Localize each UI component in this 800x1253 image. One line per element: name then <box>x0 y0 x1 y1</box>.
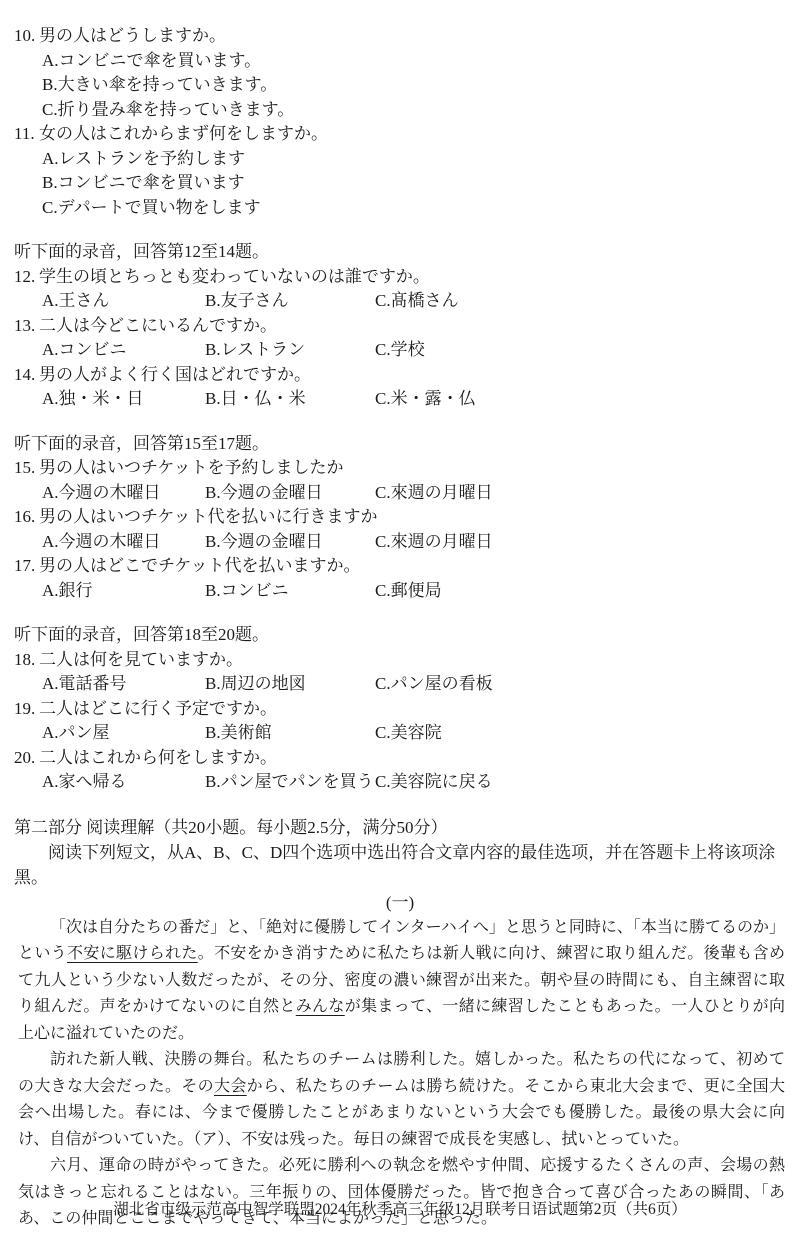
question-17: 17.男の人はどこでチケット代を払いますか。 A.銀行 B.コンビニ C.郵便局 <box>0 554 800 603</box>
passage-label: (一) <box>0 890 800 915</box>
option-a: A.電話番号 <box>42 672 205 697</box>
question-number: 11. <box>14 122 39 147</box>
option-b: B.日・仏・米 <box>205 387 375 412</box>
question-stem: 15.男の人はいつチケットを予約しましたか <box>0 456 800 481</box>
question-text: 男の人はどこでチケット代を払いますか。 <box>39 556 360 575</box>
option-c: C.折り畳み傘を持っていきます。 <box>0 98 800 123</box>
option-a: A.今週の木曜日 <box>42 481 205 506</box>
question-stem: 12.学生の頃とちっとも変わっていないのは誰ですか。 <box>0 265 800 290</box>
option-a: A.コンビニで傘を買います。 <box>0 49 800 74</box>
option-c: C.郵便局 <box>375 579 800 604</box>
question-15: 15.男の人はいつチケットを予約しましたか A.今週の木曜日 B.今週の金曜日 … <box>0 456 800 505</box>
question-stem: 20.二人はこれから何をしますか。 <box>0 746 800 771</box>
question-stem: 16.男の人はいつチケット代を払いに行きますか <box>0 505 800 530</box>
option-a: A.パン屋 <box>42 721 205 746</box>
option-c: C.來週の月曜日 <box>375 481 800 506</box>
reading-passage: 「次は自分たちの番だ」と、「絶対に優勝してインターハイへ」と思うと同時に、「本当… <box>18 915 785 1233</box>
option-a: A.コンビニ <box>42 338 205 363</box>
option-a: A.レストランを予約します <box>0 147 800 172</box>
question-19: 19.二人はどこに行く予定ですか。 A.パン屋 B.美術館 C.美容院 <box>0 697 800 746</box>
option-b: B.美術館 <box>205 721 375 746</box>
option-a: A.王さん <box>42 289 205 314</box>
question-text: 男の人がよく行く国はどれですか。 <box>39 365 311 384</box>
question-text: 二人は今どこにいるんですか。 <box>39 316 277 335</box>
option-c: C.学校 <box>375 338 800 363</box>
option-c: C.美容院に戻る <box>375 770 800 795</box>
question-stem: 13.二人は今どこにいるんですか。 <box>0 314 800 339</box>
question-16: 16.男の人はいつチケット代を払いに行きますか A.今週の木曜日 B.今週の金曜… <box>0 505 800 554</box>
question-stem: 14.男の人がよく行く国はどれですか。 <box>0 363 800 388</box>
option-c: C.パン屋の看板 <box>375 672 800 697</box>
option-b: B.コンビニで傘を買います <box>0 171 800 196</box>
options-row: A.パン屋 B.美術館 C.美容院 <box>0 721 800 746</box>
question-number: 10. <box>14 24 39 49</box>
option-b: B.コンビニ <box>205 579 375 604</box>
question-number: 20. <box>14 746 39 771</box>
part2-title: 第二部分 阅读理解（共20小题。每小题2.5分，满分50分） <box>0 815 800 840</box>
question-number: 13. <box>14 314 39 339</box>
question-text: 女の人はこれからまず何をしますか。 <box>39 124 328 143</box>
option-c: C.米・露・仏 <box>375 387 800 412</box>
underlined-phrase-3: 大会 <box>214 1078 247 1095</box>
section-header-18-20: 听下面的录音，回答第18至20题。 <box>0 623 800 648</box>
option-c: C.來週の月曜日 <box>375 530 800 555</box>
passage-paragraph-1: 「次は自分たちの番だ」と、「絶対に優勝してインターハイへ」と思うと同時に、「本当… <box>18 915 785 1048</box>
question-number: 12. <box>14 265 39 290</box>
question-10: 10.男の人はどうしますか。 A.コンビニで傘を買います。 B.大きい傘を持って… <box>0 24 800 122</box>
question-text: 男の人はいつチケット代を払いに行きますか <box>39 507 377 526</box>
options-row: A.電話番号 B.周辺の地図 C.パン屋の看板 <box>0 672 800 697</box>
underlined-phrase-1: 不安に駆けられた <box>67 945 198 962</box>
section-header-15-17: 听下面的录音，回答第15至17题。 <box>0 432 800 457</box>
question-text: 二人はこれから何をしますか。 <box>39 748 277 767</box>
question-number: 18. <box>14 648 39 673</box>
option-b: B.今週の金曜日 <box>205 530 375 555</box>
question-stem: 17.男の人はどこでチケット代を払いますか。 <box>0 554 800 579</box>
option-a: A.独・米・日 <box>42 387 205 412</box>
option-b: B.友子さん <box>205 289 375 314</box>
option-b: B.レストラン <box>205 338 375 363</box>
options-row: A.今週の木曜日 B.今週の金曜日 C.來週の月曜日 <box>0 530 800 555</box>
question-number: 16. <box>14 505 39 530</box>
listening-section: 10.男の人はどうしますか。 A.コンビニで傘を買います。 B.大きい傘を持って… <box>0 24 800 795</box>
underlined-phrase-2: みんな <box>296 998 345 1015</box>
options-row: A.コンビニ B.レストラン C.学校 <box>0 338 800 363</box>
question-number: 19. <box>14 697 39 722</box>
option-c: C.美容院 <box>375 721 800 746</box>
options-stack: A.レストランを予約します B.コンビニで傘を買います C.デパートで買い物をし… <box>0 147 800 221</box>
question-18: 18.二人は何を見ていますか。 A.電話番号 B.周辺の地図 C.パン屋の看板 <box>0 648 800 697</box>
page-footer: 湖北省市级示范高中智学联盟2024年秋季高三年级12月联考日语试题第2页（共6页… <box>0 1197 800 1219</box>
reading-section: 第二部分 阅读理解（共20小题。每小题2.5分，满分50分） 阅读下列短文，从A… <box>0 815 800 1233</box>
exam-page: 10.男の人はどうしますか。 A.コンビニで傘を買います。 B.大きい傘を持って… <box>0 0 800 1253</box>
question-stem: 18.二人は何を見ていますか。 <box>0 648 800 673</box>
option-c: C.髙橋さん <box>375 289 800 314</box>
options-row: A.家へ帰る B.パン屋でパンを買う C.美容院に戻る <box>0 770 800 795</box>
options-row: A.王さん B.友子さん C.髙橋さん <box>0 289 800 314</box>
options-row: A.銀行 B.コンビニ C.郵便局 <box>0 579 800 604</box>
option-b: B.パン屋でパンを買う <box>205 770 375 795</box>
question-number: 17. <box>14 554 39 579</box>
question-stem: 11.女の人はこれからまず何をしますか。 <box>0 122 800 147</box>
option-a: A.今週の木曜日 <box>42 530 205 555</box>
option-a: A.銀行 <box>42 579 205 604</box>
passage-paragraph-2: 訪れた新人戦、決勝の舞台。私たちのチームは勝利した。嬉しかった。私たちの代になっ… <box>18 1047 785 1153</box>
question-12: 12.学生の頃とちっとも変わっていないのは誰ですか。 A.王さん B.友子さん … <box>0 265 800 314</box>
option-b: B.周辺の地図 <box>205 672 375 697</box>
question-stem: 10.男の人はどうしますか。 <box>0 24 800 49</box>
question-stem: 19.二人はどこに行く予定ですか。 <box>0 697 800 722</box>
section-header-12-14: 听下面的录音，回答第12至14题。 <box>0 240 800 265</box>
option-b: B.大きい傘を持っていきます。 <box>0 73 800 98</box>
question-14: 14.男の人がよく行く国はどれですか。 A.独・米・日 B.日・仏・米 C.米・… <box>0 363 800 412</box>
passage-paragraph-3: 六月、運命の時がやってきた。必死に勝利への執念を燃やす仲間、応援するたくさんの声… <box>18 1153 785 1233</box>
question-13: 13.二人は今どこにいるんですか。 A.コンビニ B.レストラン C.学校 <box>0 314 800 363</box>
question-11: 11.女の人はこれからまず何をしますか。 A.レストランを予約します B.コンビ… <box>0 122 800 220</box>
question-number: 15. <box>14 456 39 481</box>
question-number: 14. <box>14 363 39 388</box>
question-text: 男の人はどうしますか。 <box>39 26 226 45</box>
question-20: 20.二人はこれから何をしますか。 A.家へ帰る B.パン屋でパンを買う C.美… <box>0 746 800 795</box>
option-b: B.今週の金曜日 <box>205 481 375 506</box>
options-row: A.今週の木曜日 B.今週の金曜日 C.來週の月曜日 <box>0 481 800 506</box>
question-text: 学生の頃とちっとも変わっていないのは誰ですか。 <box>39 267 430 286</box>
question-text: 二人は何を見ていますか。 <box>39 650 243 669</box>
option-c: C.デパートで買い物をします <box>0 196 800 221</box>
options-stack: A.コンビニで傘を買います。 B.大きい傘を持っていきます。 C.折り畳み傘を持… <box>0 49 800 123</box>
question-text: 二人はどこに行く予定ですか。 <box>39 699 277 718</box>
option-a: A.家へ帰る <box>42 770 205 795</box>
question-text: 男の人はいつチケットを予約しましたか <box>39 458 343 477</box>
reading-instruction: 阅读下列短文，从A、B、C、D四个选项中选出符合文章内容的最佳选项，并在答题卡上… <box>0 840 800 890</box>
options-row: A.独・米・日 B.日・仏・米 C.米・露・仏 <box>0 387 800 412</box>
